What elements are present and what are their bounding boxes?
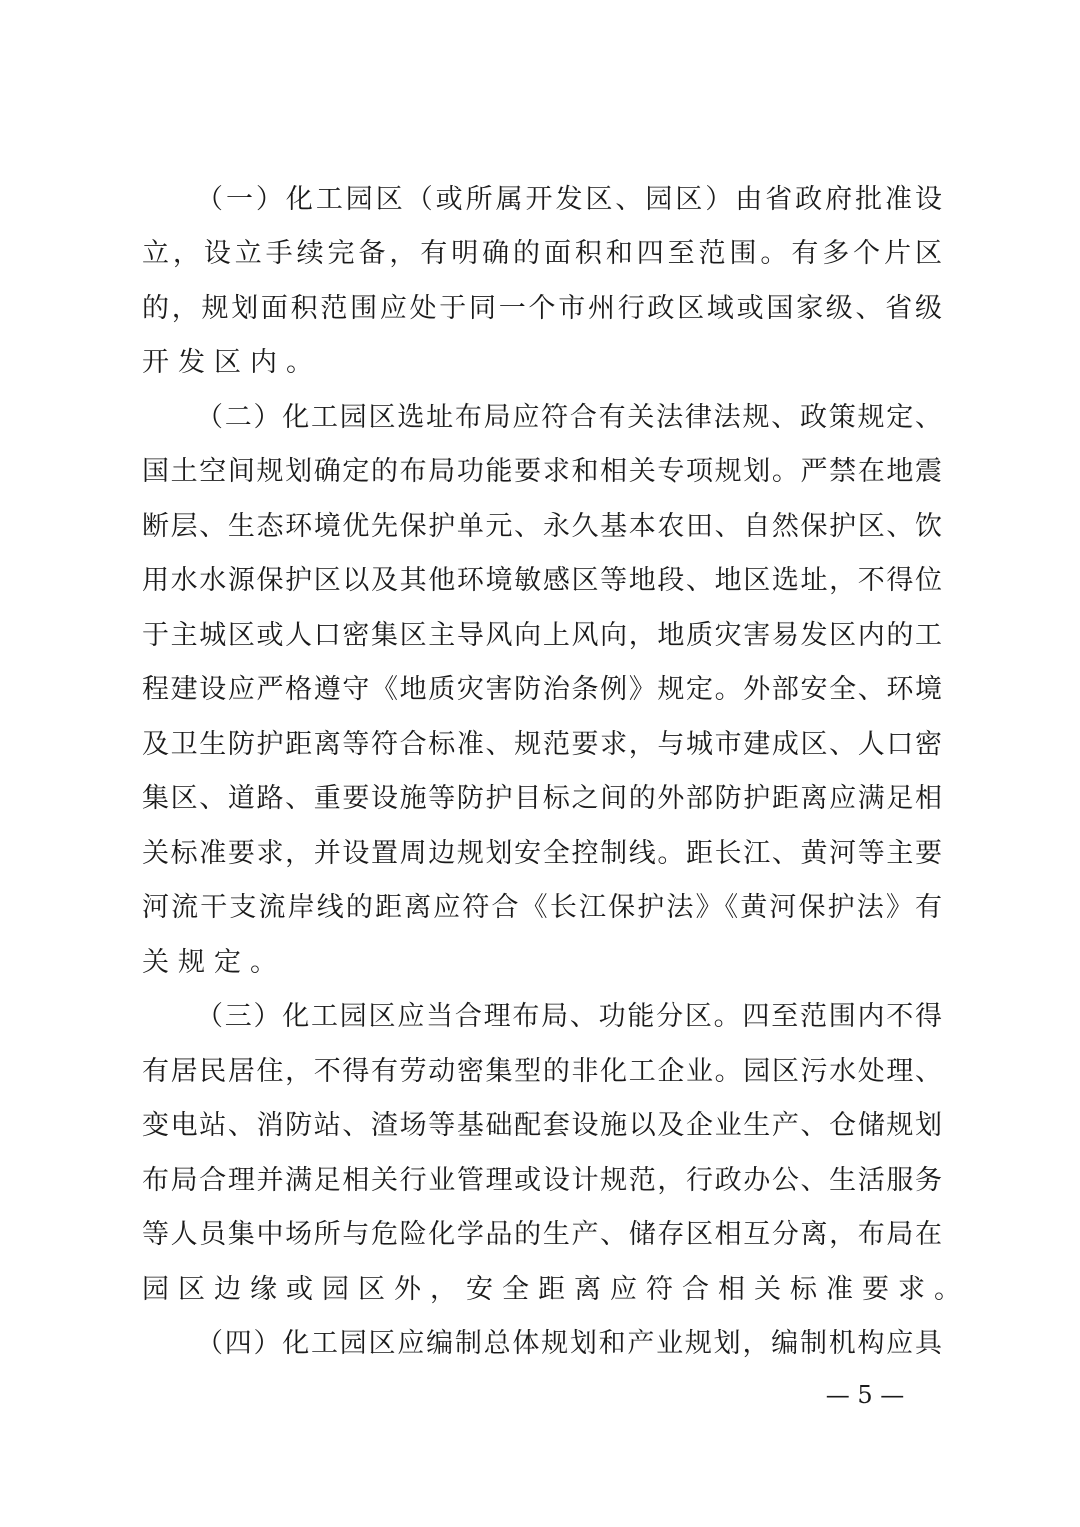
paragraph-2-line-8: 集区、道路、重要设施等防护目标之间的外部防护距离应满足相 <box>142 779 942 819</box>
paragraph-2-line-6: 程建设应严格遵守《地质灾害防治条例》规定。外部安全、环境 <box>142 670 942 710</box>
paragraph-4-line-1: （四）化工园区应编制总体规划和产业规划，编制机构应具 <box>196 1324 942 1364</box>
paragraph-3-line-6: 园区边缘或园区外，安全距离应符合相关标准要求。 <box>142 1270 942 1310</box>
paragraph-2-line-2: 国土空间规划确定的布局功能要求和相关专项规划。严禁在地震 <box>142 452 942 492</box>
paragraph-1-line-1: （一）化工园区（或所属开发区、园区）由省政府批准设 <box>196 180 942 220</box>
paragraph-3-line-2: 有居民居住，不得有劳动密集型的非化工企业。园区污水处理、 <box>142 1052 942 1092</box>
paragraph-2-line-11: 关规定。 <box>142 943 942 983</box>
paragraph-1-line-2: 立，设立手续完备，有明确的面积和四至范围。有多个片区 <box>142 234 942 274</box>
paragraph-2-line-10: 河流干支流岸线的距离应符合《长江保护法》《黄河保护法》有 <box>142 888 942 928</box>
paragraph-2-line-1: （二）化工园区选址布局应符合有关法律法规、政策规定、 <box>196 398 942 438</box>
paragraph-2-line-9: 关标准要求，并设置周边规划安全控制线。距长江、黄河等主要 <box>142 834 942 874</box>
paragraph-2-line-7: 及卫生防护距离等符合标准、规范要求，与城市建成区、人口密 <box>142 725 942 765</box>
paragraph-1-line-3: 的，规划面积范围应处于同一个市州行政区域或国家级、省级 <box>142 289 942 329</box>
paragraph-2-line-4: 用水水源保护区以及其他环境敏感区等地段、地区选址，不得位 <box>142 561 942 601</box>
document-page: （一）化工园区（或所属开发区、园区）由省政府批准设 立，设立手续完备，有明确的面… <box>0 0 1080 1527</box>
paragraph-2-line-5: 于主城区或人口密集区主导风向上风向，地质灾害易发区内的工 <box>142 616 942 656</box>
paragraph-2-line-3: 断层、生态环境优先保护单元、永久基本农田、自然保护区、饮 <box>142 507 942 547</box>
paragraph-3-line-4: 布局合理并满足相关行业管理或设计规范，行政办公、生活服务 <box>142 1161 942 1201</box>
paragraph-3-line-3: 变电站、消防站、渣场等基础配套设施以及企业生产、仓储规划 <box>142 1106 942 1146</box>
paragraph-3-line-5: 等人员集中场所与危险化学品的生产、储存区相互分离，布局在 <box>142 1215 942 1255</box>
paragraph-3-line-1: （三）化工园区应当合理布局、功能分区。四至范围内不得 <box>196 997 942 1037</box>
paragraph-1-line-4: 开发区内。 <box>142 343 942 383</box>
page-number: — 5 — <box>810 1378 920 1412</box>
